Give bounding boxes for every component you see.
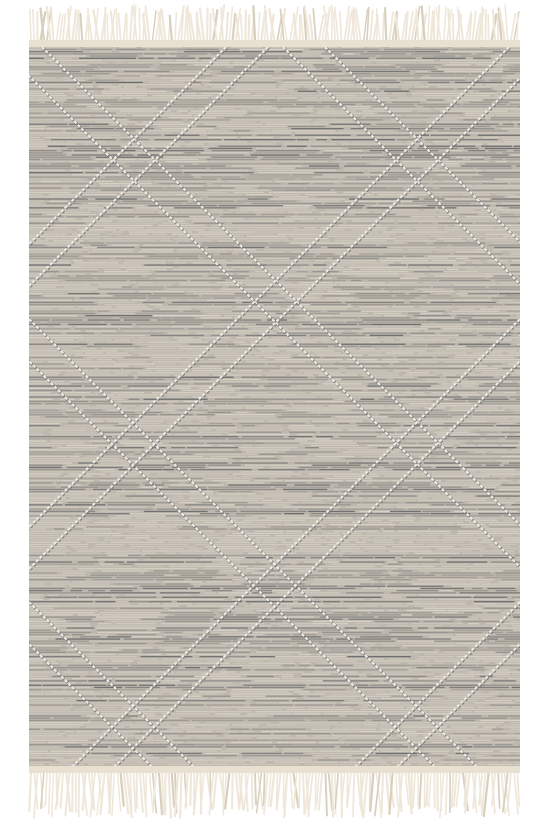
bottom-binding [29,766,520,773]
rug-image [0,0,533,821]
rug-photo [0,0,533,821]
top-binding [29,40,520,47]
